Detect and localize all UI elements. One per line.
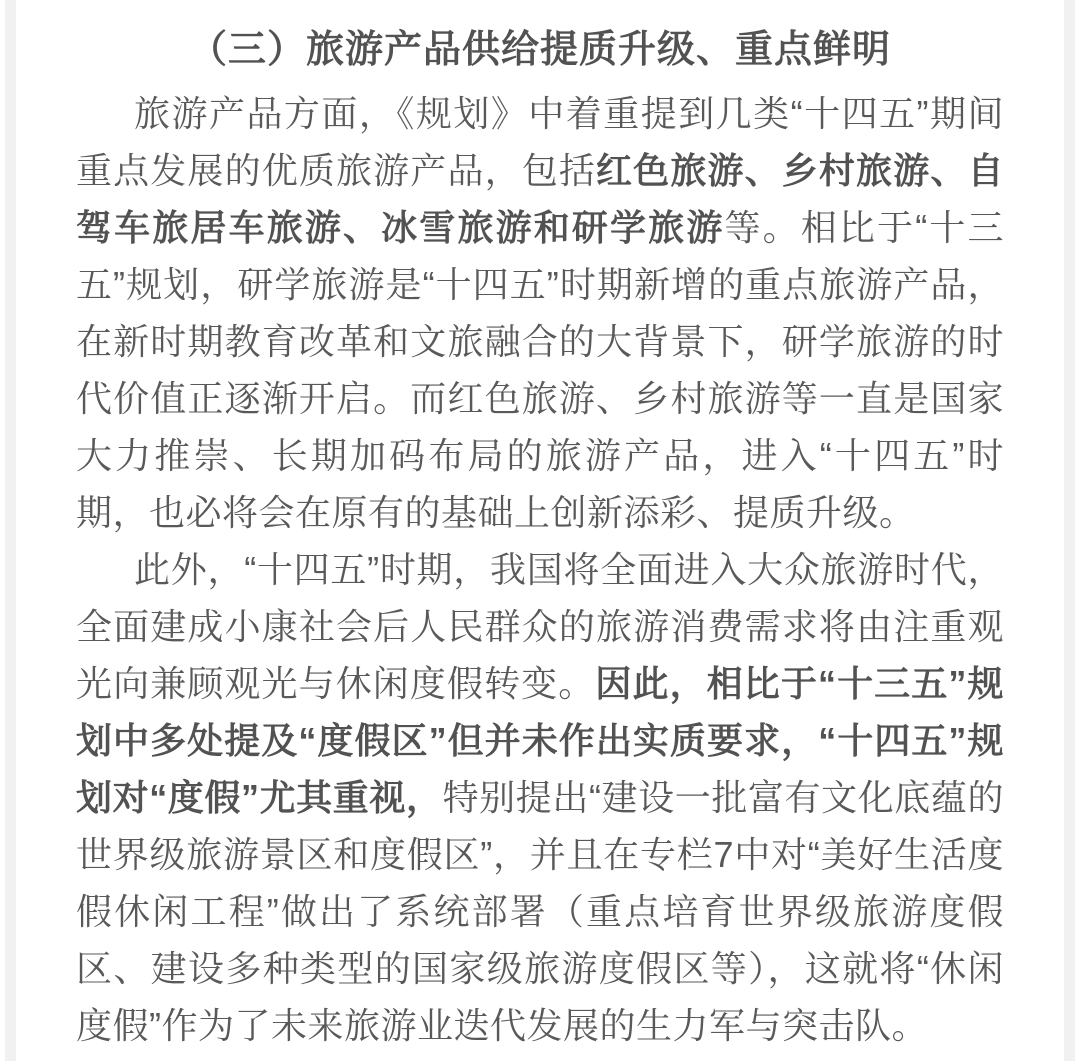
paragraph: 此外，“十四五”时期，我国将全面进入大众旅游时代，全面建成小康社会后人民群众的旅… — [76, 541, 1004, 1054]
paragraph: 旅游产品方面，《规划》中着重提到几类“十四五”期间重点发展的优质旅游产品，包括红… — [76, 85, 1004, 541]
text-segment: 等。相比于“十三五”规划，研学旅游是“十四五”时期新增的重点旅游产品，在新时期教… — [76, 207, 1004, 533]
paragraphs-container: 旅游产品方面，《规划》中着重提到几类“十四五”期间重点发展的优质旅游产品，包括红… — [76, 85, 1004, 1054]
article-page: （三）旅游产品供给提质升级、重点鲜明 旅游产品方面，《规划》中着重提到几类“十四… — [0, 0, 1080, 1061]
article-content: （三）旅游产品供给提质升级、重点鲜明 旅游产品方面，《规划》中着重提到几类“十四… — [0, 0, 1080, 1054]
section-heading: （三）旅游产品供给提质升级、重点鲜明 — [76, 22, 1004, 79]
